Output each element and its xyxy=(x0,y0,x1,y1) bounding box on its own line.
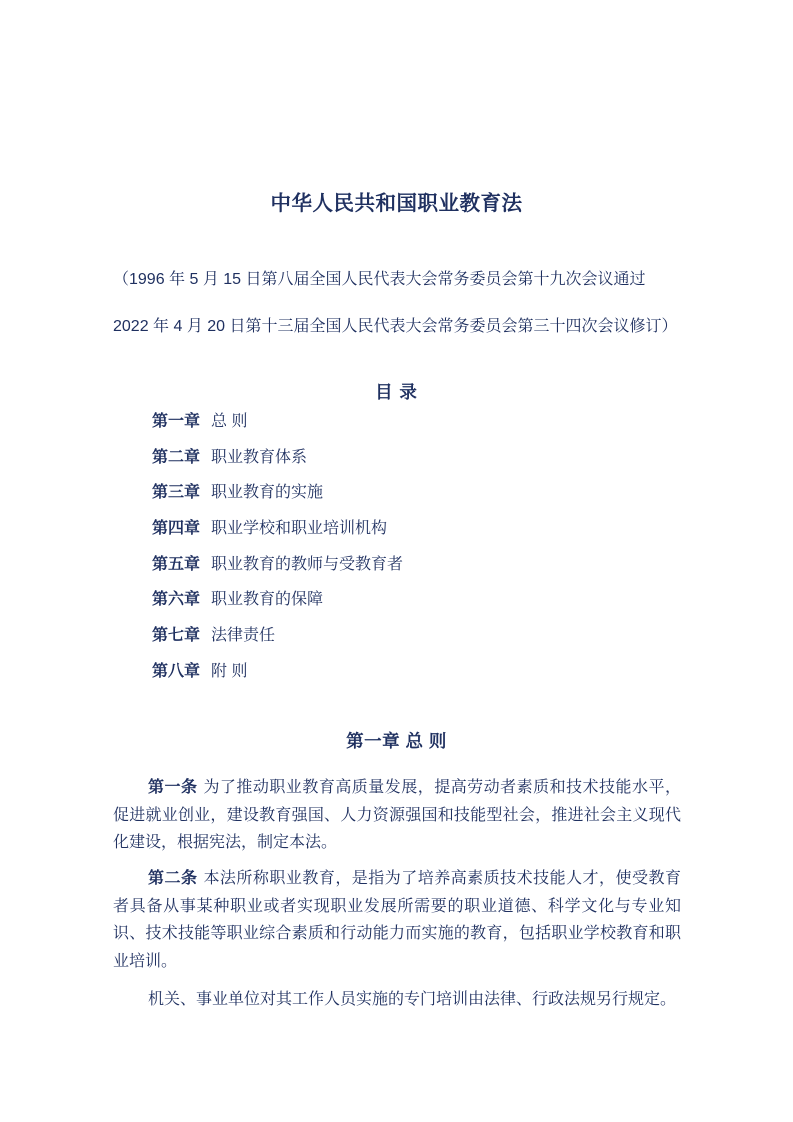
toc-chapter-number: 第四章 xyxy=(152,520,200,537)
closing-paragraph: 机关、事业单位对其工作人员实施的专门培训由法律、行政法规另行规定。 xyxy=(113,986,681,1014)
document-page: 中华人民共和国职业教育法 （1996 年 5 月 15 日第八届全国人民代表大会… xyxy=(0,0,793,1122)
toc-chapter-number: 第二章 xyxy=(152,449,200,466)
toc-chapter-title: 职业学校和职业培训机构 xyxy=(211,520,387,537)
article-1-text: 为了推动职业教育高质量发展，提高劳动者素质和技术技能水平，促进就业创业，建设教育… xyxy=(113,779,681,851)
document-title: 中华人民共和国职业教育法 xyxy=(0,186,793,216)
toc-item-chapter-2: 第二章职业教育体系 xyxy=(152,440,403,476)
toc-chapter-title: 附 则 xyxy=(211,663,247,680)
toc-item-chapter-6: 第六章职业教育的保障 xyxy=(152,582,403,618)
toc-chapter-title: 总 则 xyxy=(211,413,247,430)
toc-chapter-number: 第六章 xyxy=(152,591,200,608)
toc-chapter-title: 职业教育的保障 xyxy=(211,591,323,608)
article-1-label: 第一条 xyxy=(148,779,197,796)
toc-chapter-number: 第五章 xyxy=(152,556,200,573)
toc-chapter-number: 第八章 xyxy=(152,663,200,680)
toc-heading: 目 录 xyxy=(0,379,793,404)
toc-chapter-number: 第三章 xyxy=(152,484,200,501)
toc-chapter-title: 职业教育的教师与受教育者 xyxy=(211,556,403,573)
toc-chapter-title: 职业教育体系 xyxy=(211,449,307,466)
preamble-line-2: 2022 年 4 月 20 日第十三届全国人民代表大会常务委员会第三十四次会议修… xyxy=(113,317,683,337)
preamble-line-1: （1996 年 5 月 15 日第八届全国人民代表大会常务委员会第十九次会议通过 xyxy=(113,270,683,290)
toc-chapter-number: 第七章 xyxy=(152,627,200,644)
article-1-paragraph: 第一条为了推动职业教育高质量发展，提高劳动者素质和技术技能水平，促进就业创业，建… xyxy=(113,774,681,857)
article-2-label: 第二条 xyxy=(148,870,197,887)
article-2-text: 本法所称职业教育，是指为了培养高素质技术技能人才，使受教育者具备从事某种职业或者… xyxy=(113,870,681,970)
toc-chapter-title: 职业教育的实施 xyxy=(211,484,323,501)
toc-item-chapter-5: 第五章职业教育的教师与受教育者 xyxy=(152,547,403,583)
toc-item-chapter-4: 第四章职业学校和职业培训机构 xyxy=(152,511,403,547)
toc-item-chapter-1: 第一章总 则 xyxy=(152,404,403,440)
toc-list: 第一章总 则 第二章职业教育体系 第三章职业教育的实施 第四章职业学校和职业培训… xyxy=(152,404,403,690)
toc-chapter-number: 第一章 xyxy=(152,413,200,430)
toc-item-chapter-8: 第八章附 则 xyxy=(152,654,403,690)
article-2-paragraph: 第二条本法所称职业教育，是指为了培养高素质技术技能人才，使受教育者具备从事某种职… xyxy=(113,865,681,976)
toc-item-chapter-3: 第三章职业教育的实施 xyxy=(152,475,403,511)
toc-chapter-title: 法律责任 xyxy=(211,627,275,644)
toc-item-chapter-7: 第七章法律责任 xyxy=(152,618,403,654)
chapter-1-heading: 第一章 总 则 xyxy=(0,728,793,753)
